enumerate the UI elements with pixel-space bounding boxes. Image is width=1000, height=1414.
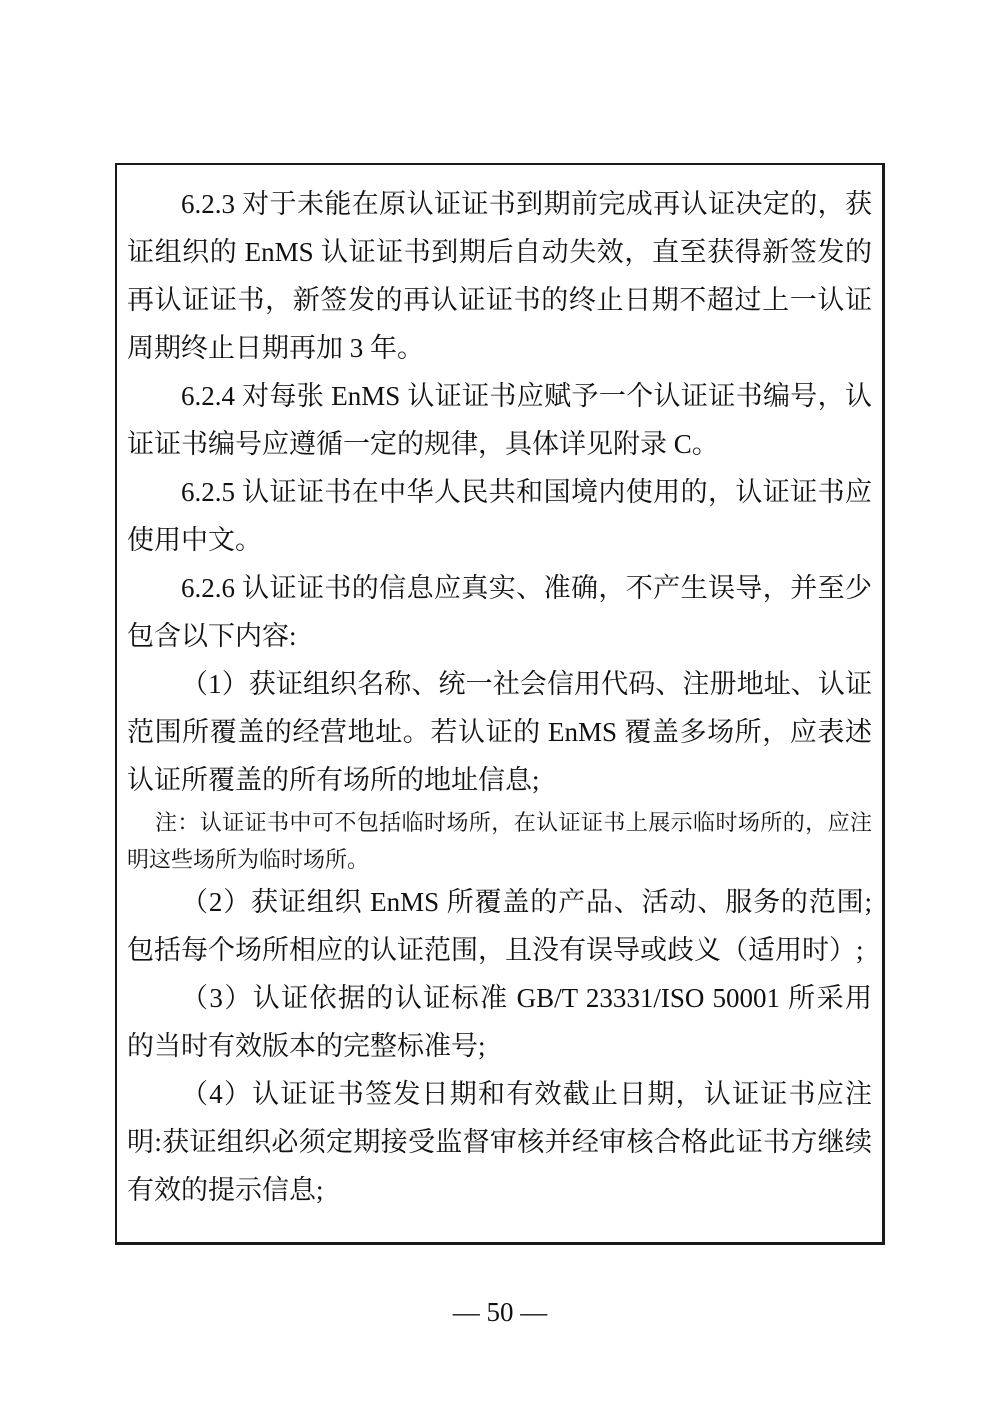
clause-paragraph-6-2-3: 6.2.3 对于未能在原认证证书到期前完成再认证决定的，获证组织的 EnMS 认… bbox=[127, 180, 872, 372]
document-page: { "colors": { "background": "#ffffff", "… bbox=[0, 0, 1000, 1414]
list-item-paragraph-3: （3）认证依据的认证标准 GB/T 23331/ISO 50001 所采用的当时… bbox=[127, 974, 872, 1070]
clause-paragraph-6-2-4: 6.2.4 对每张 EnMS 认证证书应赋予一个认证证书编号，认证证书编号应遵循… bbox=[127, 372, 872, 468]
list-item-paragraph-2: （2）获证组织 EnMS 所覆盖的产品、活动、服务的范围;包括每个场所相应的认证… bbox=[127, 878, 872, 974]
note-paragraph: 注：认证证书中可不包括临时场所，在认证证书上展示临时场所的，应注明这些场所为临时… bbox=[127, 804, 872, 878]
list-item-paragraph-1: （1）获证组织名称、统一社会信用代码、注册地址、认证范围所覆盖的经营地址。若认证… bbox=[127, 660, 872, 804]
page-number: — 50 — bbox=[0, 1294, 1000, 1330]
clause-paragraph-6-2-6: 6.2.6 认证证书的信息应真实、准确，不产生误导，并至少包含以下内容: bbox=[127, 564, 872, 660]
bordered-text-frame: 6.2.3 对于未能在原认证证书到期前完成再认证决定的，获证组织的 EnMS 认… bbox=[115, 163, 885, 1245]
list-item-paragraph-4: （4）认证证书签发日期和有效截止日期，认证证书应注明:获证组织必须定期接受监督审… bbox=[127, 1070, 872, 1214]
clause-paragraph-6-2-5: 6.2.5 认证证书在中华人民共和国境内使用的，认证证书应使用中文。 bbox=[127, 468, 872, 564]
